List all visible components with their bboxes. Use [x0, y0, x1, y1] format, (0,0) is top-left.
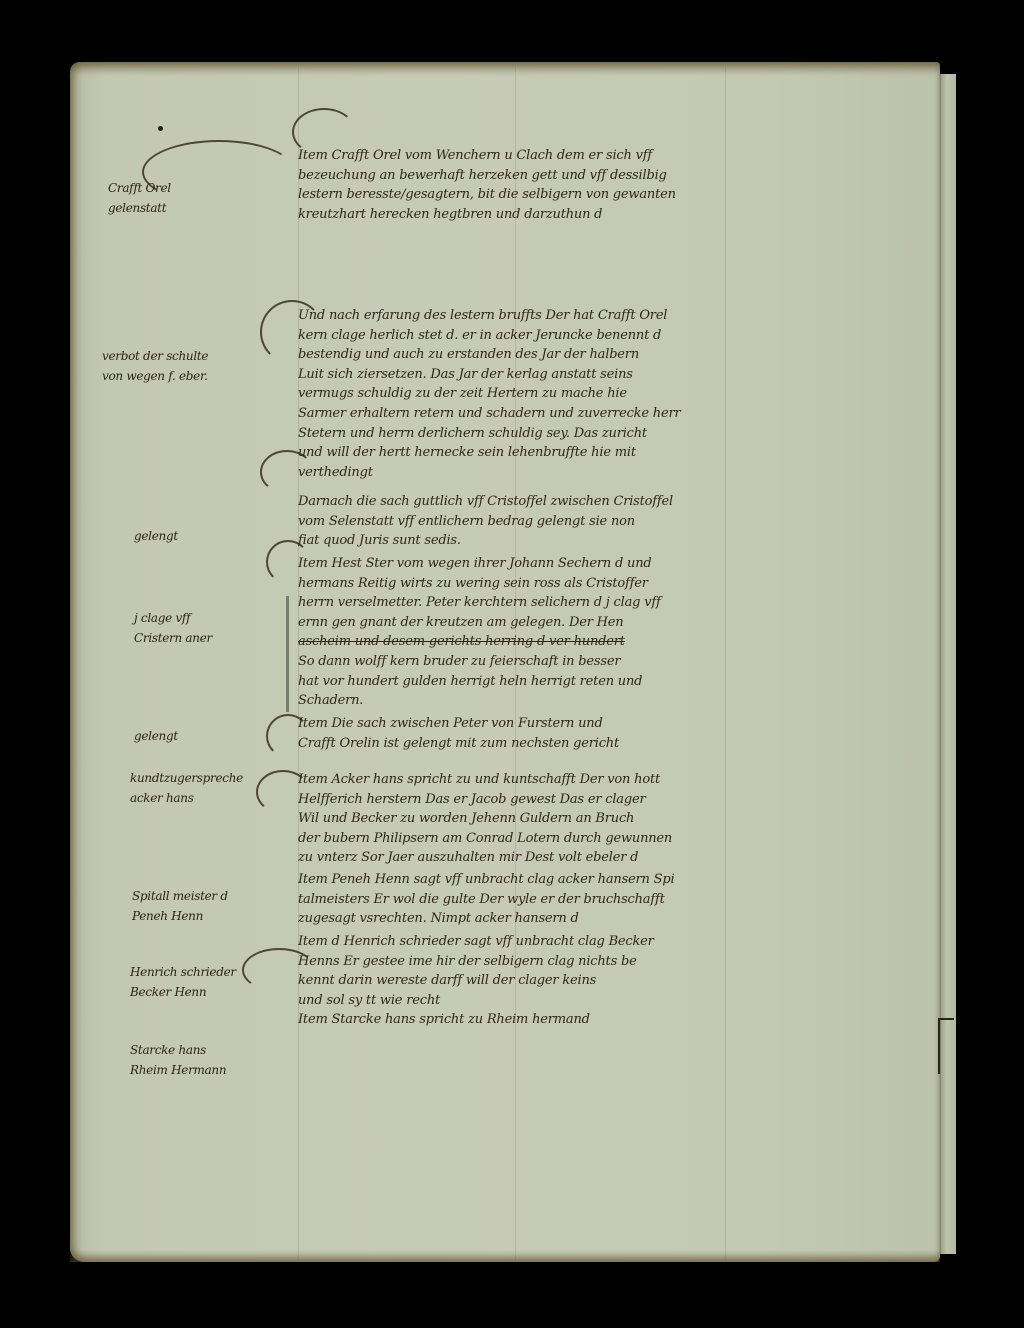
text-line: und will der hertt hernecke sein lehenbr… — [298, 443, 938, 463]
margin-note-line: verbot der schulte — [102, 346, 208, 366]
entry-darnach: Darnach die sach guttlich vff Cristoffel… — [298, 492, 938, 551]
entry-erfarung: Und nach erfarung des lestern bruffts De… — [298, 306, 938, 482]
text-line: Item Die sach zwischen Peter von Furster… — [298, 714, 938, 734]
text-line: So dann wolff kern bruder zu feierschaft… — [298, 652, 938, 672]
margin-note-line: j clage vff — [134, 608, 212, 628]
text-line: fiat quod Juris sunt sedis. — [298, 531, 938, 551]
text-line: Crafft Orelin ist gelengt mit zum nechst… — [298, 734, 938, 754]
margin-note-line: gelengt — [134, 726, 178, 746]
entry-henrich-schrieder: Item d Henrich schrieder sagt vff unbrac… — [298, 932, 938, 1010]
text-line: Item Acker hans spricht zu und kuntschaf… — [298, 770, 938, 790]
ink-dot — [158, 126, 163, 131]
text-line: Und nach erfarung des lestern bruffts De… — [298, 306, 938, 326]
text-line: herrn verselmetter. Peter kerchtern seli… — [298, 593, 938, 613]
text-line: kern clage herlich stet d. er in acker J… — [298, 326, 938, 346]
text-line: Henns Er gestee ime hir der selbigern cl… — [298, 952, 938, 972]
margin-note-line: Starcke hans — [130, 1040, 226, 1060]
text-line: Helfferich herstern Das er Jacob gewest … — [298, 790, 938, 810]
text-line: bezeuchung an bewerhaft herzeken gett un… — [298, 166, 938, 186]
margin-note-kundtzugerspreche: kundtzugerspreche acker hans — [130, 768, 243, 808]
entry-starcke-hans: Item Starcke hans spricht zu Rheim herma… — [298, 1010, 938, 1030]
entry-crafft-orel: Item Crafft Orel vom Wenchern u Clach de… — [298, 146, 938, 224]
text-line: bestendig und auch zu erstanden des Jar … — [298, 345, 938, 365]
text-line: kennt darin wereste darff will der clage… — [298, 971, 938, 991]
text-line: ernn gen gnant der kreutzen am gelegen. … — [298, 613, 938, 633]
text-line: Item d Henrich schrieder sagt vff unbrac… — [298, 932, 938, 952]
facing-page-edge — [940, 74, 956, 1254]
text-line: Wil und Becker zu worden Jehenn Guldern … — [298, 809, 938, 829]
margin-note-crafft-orel: Crafft Orel gelenstatt — [108, 178, 171, 218]
text-line: Item Hest Ster vom wegen ihrer Johann Se… — [298, 554, 938, 574]
text-line: und sol sy tt wie recht — [298, 991, 938, 1011]
margin-note-spitall: Spitall meister d Peneh Henn — [132, 886, 228, 926]
margin-note-line: Cristern aner — [134, 628, 212, 648]
margin-note-line: Spitall meister d — [132, 886, 228, 906]
margin-note-starcke: Starcke hans Rheim Hermann — [130, 1040, 226, 1080]
text-line: zugesagt vsrechten. Nimpt acker hansern … — [298, 909, 938, 929]
entry-peter-von-furstern: Item Die sach zwischen Peter von Furster… — [298, 714, 938, 753]
text-line: Schadern. — [298, 691, 938, 711]
margin-bracket-line — [286, 596, 289, 712]
margin-note-verbot: verbot der schulte von wegen f. eber. — [102, 346, 208, 386]
text-line: Item Starcke hans spricht zu Rheim herma… — [298, 1010, 938, 1030]
text-line: hat vor hundert gulden herrigt heln herr… — [298, 672, 938, 692]
entry-acker-hans: Item Acker hans spricht zu und kuntschaf… — [298, 770, 938, 868]
entry-peneh-henn: Item Peneh Henn sagt vff unbracht clag a… — [298, 870, 938, 929]
text-line: der bubern Philipsern am Conrad Lotern d… — [298, 829, 938, 849]
margin-note-line: gelengt — [134, 526, 178, 546]
text-line: Item Peneh Henn sagt vff unbracht clag a… — [298, 870, 938, 890]
margin-note-line: Rheim Hermann — [130, 1060, 226, 1080]
text-line: Darnach die sach guttlich vff Cristoffel… — [298, 492, 938, 512]
margin-note-line: acker hans — [130, 788, 243, 808]
text-line: Item Crafft Orel vom Wenchern u Clach de… — [298, 146, 938, 166]
margin-note-line: Becker Henn — [130, 982, 236, 1002]
text-line: Luit sich ziersetzen. Das Jar der kerlag… — [298, 365, 938, 385]
text-line: hermans Reitig wirts zu wering sein ross… — [298, 574, 938, 594]
margin-note-gelengt: gelengt — [134, 526, 178, 546]
text-line: kreutzhart herecken hegtbren und darzuth… — [298, 205, 938, 225]
binding-thread-mark — [938, 1018, 954, 1074]
text-line: talmeisters Er wol die gulte Der wyle er… — [298, 890, 938, 910]
text-line: vermugs schuldig zu der zeit Hertern zu … — [298, 384, 938, 404]
margin-note-line: von wegen f. eber. — [102, 366, 208, 386]
margin-note-line: Henrich schrieder — [130, 962, 236, 982]
margin-note-gelengt: gelengt — [134, 726, 178, 746]
text-line: zu vnterz Sor Jaer auszuhalten mir Dest … — [298, 848, 938, 868]
entry-hest-ster: Item Hest Ster vom wegen ihrer Johann Se… — [298, 554, 938, 711]
margin-note-clage: j clage vff Cristern aner — [134, 608, 212, 648]
margin-note-line: Peneh Henn — [132, 906, 228, 926]
text-line: lestern beresste/gesagtern, bit die selb… — [298, 185, 938, 205]
text-line: verthedingt — [298, 463, 938, 483]
text-line-struck: ascheim und desem gerichts herring d ver… — [298, 632, 938, 652]
margin-note-line: kundtzugerspreche — [130, 768, 243, 788]
text-line: Sarmer erhaltern retern und schadern und… — [298, 404, 938, 424]
margin-note-line: Crafft Orel — [108, 178, 171, 198]
margin-note-line: gelenstatt — [108, 198, 171, 218]
text-line: Stetern und herrn derlichern schuldig se… — [298, 424, 938, 444]
margin-note-henrich: Henrich schrieder Becker Henn — [130, 962, 236, 1002]
text-line: vom Selenstatt vff entlichern bedrag gel… — [298, 512, 938, 532]
